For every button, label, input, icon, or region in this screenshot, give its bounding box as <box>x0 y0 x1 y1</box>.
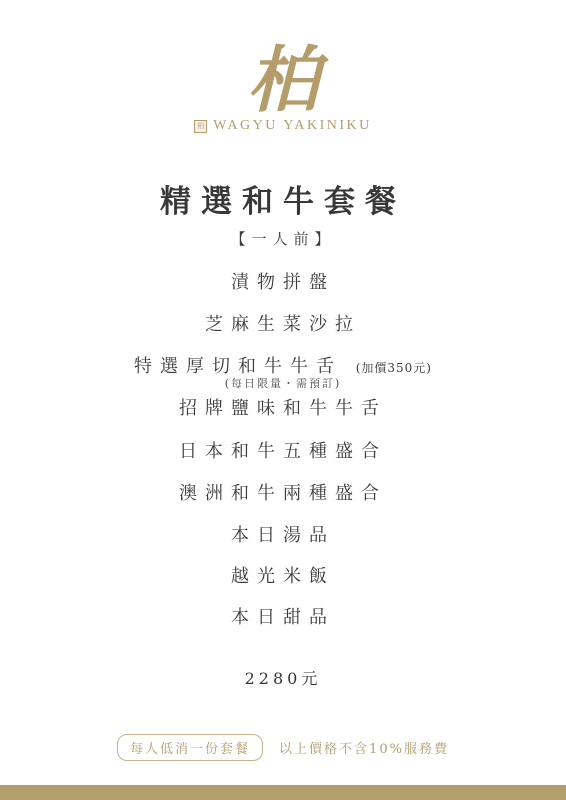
minimum-order-badge: 每人低消一份套餐 <box>117 734 263 761</box>
bottom-accent-bar <box>0 785 566 800</box>
menu-item: 越光米飯 <box>0 562 566 588</box>
menu-item-subnote: (每日限量・需預訂) <box>0 375 566 391</box>
brand-logo-calligraphy: 柏 <box>0 40 566 120</box>
set-price: 2280元 <box>0 666 566 689</box>
footer: 每人低消一份套餐 以上價格不含10%服務費 <box>0 734 566 761</box>
service-charge-note: 以上價格不含10%服務費 <box>279 738 449 757</box>
menu-item-name: 特選厚切和牛牛舌 <box>134 356 342 377</box>
menu-item-price-note: (加價350元) <box>356 361 432 375</box>
menu-item: 本日湯品 <box>0 521 566 547</box>
menu-item: 漬物拼盤 <box>0 268 566 294</box>
brand-name: WAGYU YAKINIKU <box>213 118 372 134</box>
menu-title: 精選和牛套餐 <box>0 176 566 221</box>
brand-seal-icon: 柏 <box>194 120 207 133</box>
menu-item: 招牌鹽味和牛牛舌 <box>0 394 566 420</box>
brand-row: 柏 WAGYU YAKINIKU <box>0 118 566 134</box>
menu-item: 芝麻生菜沙拉 <box>0 310 566 336</box>
menu-page: 柏 柏 WAGYU YAKINIKU 精選和牛套餐 【一人前】 漬物拼盤 芝麻生… <box>0 0 566 800</box>
menu-item: 澳洲和牛兩種盛合 <box>0 479 566 505</box>
menu-item: 日本和牛五種盛合 <box>0 437 566 463</box>
menu-item: 本日甜品 <box>0 603 566 629</box>
serving-size-label: 【一人前】 <box>0 228 566 249</box>
